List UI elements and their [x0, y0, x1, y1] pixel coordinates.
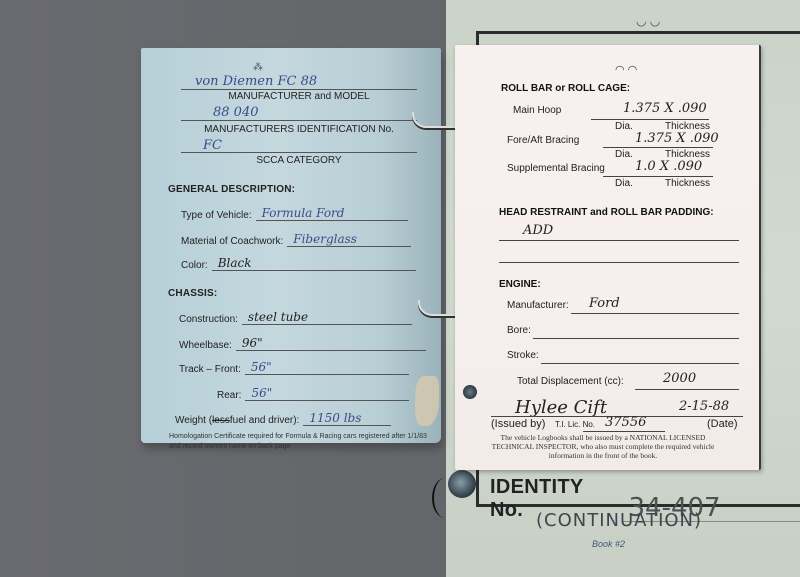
- engine-manufacturer-label: Manufacturer:: [507, 300, 569, 311]
- fore-aft-bracing-label: Fore/Aft Bracing: [507, 135, 579, 146]
- field-line: [571, 313, 739, 314]
- engine-manufacturer-value: Ford: [589, 296, 620, 311]
- engine-heading: ENGINE:: [499, 279, 541, 290]
- page-stain: ⁂: [253, 62, 263, 73]
- wheelbase-row: Wheelbase: 96": [179, 334, 426, 351]
- date-label: (Date): [707, 418, 738, 430]
- page-pen-marks: ◠ ◠: [615, 63, 637, 76]
- field-line: [181, 152, 417, 153]
- type-of-vehicle-row: Type of Vehicle: Formula Ford: [181, 204, 408, 221]
- scca-category-label: SCCA CATEGORY: [181, 155, 417, 166]
- binder-hole-icon: [463, 385, 477, 399]
- chassis-heading: CHASSIS:: [168, 288, 217, 299]
- coachwork-label: Material of Coachwork:: [181, 236, 283, 247]
- field-line: [499, 262, 739, 263]
- roll-bar-heading: ROLL BAR or ROLL CAGE:: [501, 83, 630, 94]
- weight-label-suffix: fuel and driver):: [230, 415, 299, 426]
- issuance-note: The vehicle Logbooks shall be issued by …: [483, 433, 723, 460]
- displacement-value: 2000: [663, 371, 696, 386]
- field-line: [541, 363, 739, 364]
- coachwork-row: Material of Coachwork: Fiberglass: [181, 230, 411, 247]
- fore-aft-bracing-value: 1.375 X .090: [635, 131, 719, 146]
- type-of-vehicle-label: Type of Vehicle:: [181, 210, 252, 221]
- color-value: Black: [218, 256, 252, 270]
- field-line: [181, 120, 417, 121]
- issued-by-label: (Issued by): [491, 418, 545, 430]
- manufacturer-id-value: 88 040: [213, 105, 259, 120]
- main-hoop-label: Main Hoop: [513, 105, 561, 116]
- manufacturer-model-value: von Diemen FC 88: [195, 74, 317, 89]
- field-line: [591, 119, 709, 120]
- issued-date-value: 2-15-88: [679, 399, 729, 414]
- weight-value: 1150 lbs: [309, 411, 361, 425]
- wheelbase-label: Wheelbase:: [179, 340, 232, 351]
- displacement-label: Total Displacement (cc):: [517, 376, 624, 387]
- field-line: [603, 147, 713, 148]
- construction-row: Construction: steel tube: [179, 308, 412, 325]
- track-rear-label: Rear:: [217, 390, 241, 401]
- left-logbook-page: ⁂ von Diemen FC 88 MANUFACTURER and MODE…: [141, 48, 441, 443]
- book-number-note: Book #2: [592, 539, 625, 549]
- dia-label: Dia.: [615, 121, 633, 132]
- weight-label-struck: less: [212, 415, 230, 426]
- track-front-value: 56": [251, 360, 272, 374]
- field-line: [603, 176, 713, 177]
- tlic-label: T.I. Lic. No.: [555, 420, 595, 429]
- head-restraint-value: ADD: [523, 223, 553, 238]
- page-tear: [415, 376, 439, 426]
- inspector-signature: Hylee Cift: [515, 397, 607, 418]
- continuation-note: (CONTINUATION): [536, 510, 702, 531]
- weight-row: Weight (less fuel and driver): 1150 lbs: [175, 409, 391, 426]
- manufacturer-id-label: MANUFACTURERS IDENTIFICATION No.: [181, 124, 417, 135]
- field-line: [499, 240, 739, 241]
- supplemental-bracing-value: 1.0 X .090: [635, 159, 702, 174]
- main-hoop-value: 1.375 X .090: [623, 101, 707, 116]
- tlic-value: 37556: [605, 415, 646, 430]
- coachwork-value: Fiberglass: [293, 232, 357, 246]
- construction-label: Construction:: [179, 314, 238, 325]
- type-of-vehicle-value: Formula Ford: [262, 206, 345, 220]
- dia-label: Dia.: [615, 178, 633, 189]
- weight-label-prefix: Weight (: [175, 415, 212, 426]
- manufacturer-model-label: MANUFACTURER and MODEL: [181, 91, 417, 102]
- thickness-label: Thickness: [665, 178, 710, 189]
- field-line: [181, 89, 417, 90]
- field-line: [533, 338, 739, 339]
- field-line: [635, 389, 739, 390]
- homologation-footnote: Homologation Certificate required for Fo…: [169, 432, 439, 452]
- supplemental-bracing-label: Supplemental Bracing: [507, 163, 605, 174]
- wheelbase-value: 96": [242, 336, 263, 350]
- bore-label: Bore:: [507, 325, 531, 336]
- track-rear-row: Rear: 56": [217, 384, 409, 401]
- scca-category-value: FC: [203, 138, 222, 153]
- construction-value: steel tube: [248, 310, 308, 324]
- track-rear-value: 56": [251, 386, 272, 400]
- field-line: [583, 431, 665, 432]
- stroke-label: Stroke:: [507, 350, 539, 361]
- general-description-heading: GENERAL DESCRIPTION:: [168, 184, 295, 195]
- track-front-row: Track – Front: 56": [179, 358, 409, 375]
- track-front-label: Track – Front:: [179, 364, 241, 375]
- head-restraint-heading: HEAD RESTRAINT and ROLL BAR PADDING:: [499, 207, 714, 218]
- dia-label: Dia.: [615, 149, 633, 160]
- color-row: Color: Black: [181, 254, 416, 271]
- cover-pen-marks: ◡ ◡: [636, 14, 660, 28]
- binder-hole-icon: [448, 470, 476, 498]
- color-label: Color:: [181, 260, 208, 271]
- right-logbook-page: ◠ ◠ ROLL BAR or ROLL CAGE: Main Hoop 1.3…: [455, 45, 761, 470]
